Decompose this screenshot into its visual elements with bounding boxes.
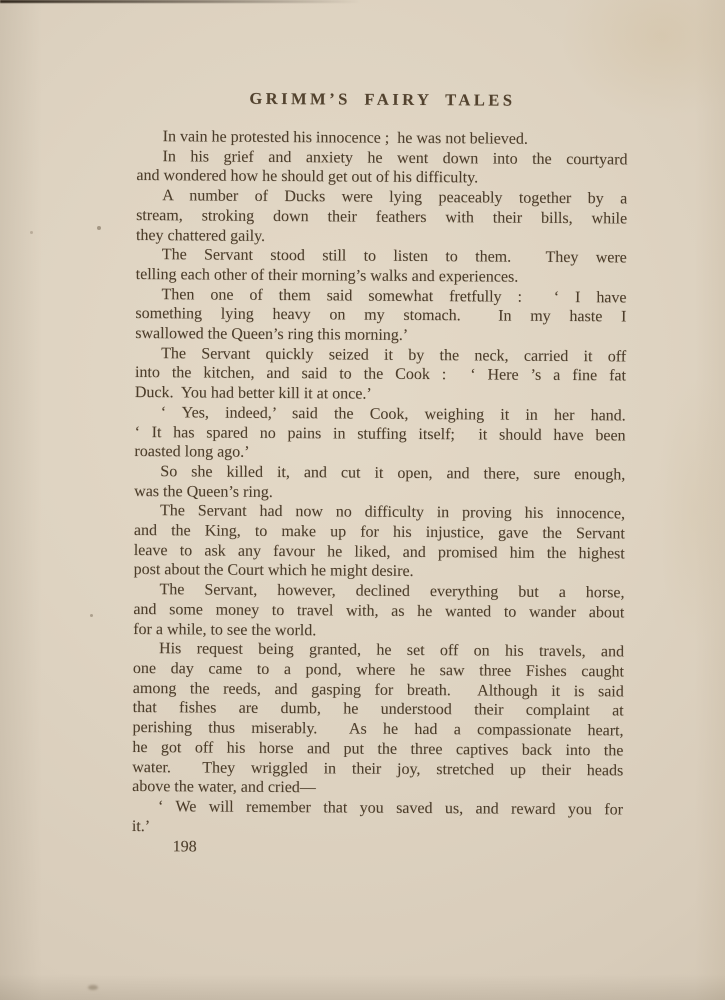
- paragraph: So she killed it, and cut it open, and t…: [134, 462, 625, 505]
- paragraph: In his grief and anxiety he went down in…: [136, 147, 627, 190]
- text-line: it.’: [132, 817, 623, 840]
- page-left-shading: [0, 0, 42, 1000]
- running-head: GRIMM’S FAIRY TALES: [137, 88, 628, 111]
- paragraph: The Servant, however, declined everythin…: [133, 580, 624, 643]
- text-line: he got off his horse and put the three c…: [132, 738, 623, 761]
- paper-speck: [30, 231, 33, 234]
- paper-speck: [97, 226, 101, 230]
- paper-speck: [90, 614, 93, 617]
- page-bottom-shading: [0, 974, 725, 1000]
- page-content: GRIMM’S FAIRY TALES In vain he protested…: [132, 88, 628, 860]
- paper-speck: [88, 985, 98, 990]
- paragraph: A number of Ducks were lying peaceably t…: [136, 186, 627, 249]
- text-line: stream, stroking down their feathers wit…: [136, 206, 627, 229]
- paragraph: The Servant had now no difficulty in pro…: [134, 501, 626, 583]
- paragraph: The Servant stood still to listen to the…: [136, 245, 627, 288]
- paragraph: Then one of them said somewhat fretfully…: [135, 285, 626, 348]
- text-line: ‘ We will remember that you saved us, an…: [132, 797, 623, 820]
- paper-stain: [660, 380, 725, 640]
- story-text: In vain he protested his innocence ; he …: [132, 127, 628, 860]
- paragraph: ‘ We will remember that you saved us, an…: [132, 797, 623, 840]
- scanned-book-page: { "page": { "running_head": "GRIMM’S FAI…: [0, 0, 725, 1000]
- paragraph: His request being granted, he set off on…: [132, 639, 624, 800]
- paragraph: ‘ Yes, indeed,’ said the Cook, weighing …: [134, 403, 625, 466]
- text-line: ‘ Yes, indeed,’ said the Cook, weighing …: [135, 403, 626, 426]
- scan-edge-shadow: [0, 0, 360, 3]
- paragraph: The Servant quickly seized it by the nec…: [135, 344, 626, 407]
- page-number: 198: [173, 838, 623, 861]
